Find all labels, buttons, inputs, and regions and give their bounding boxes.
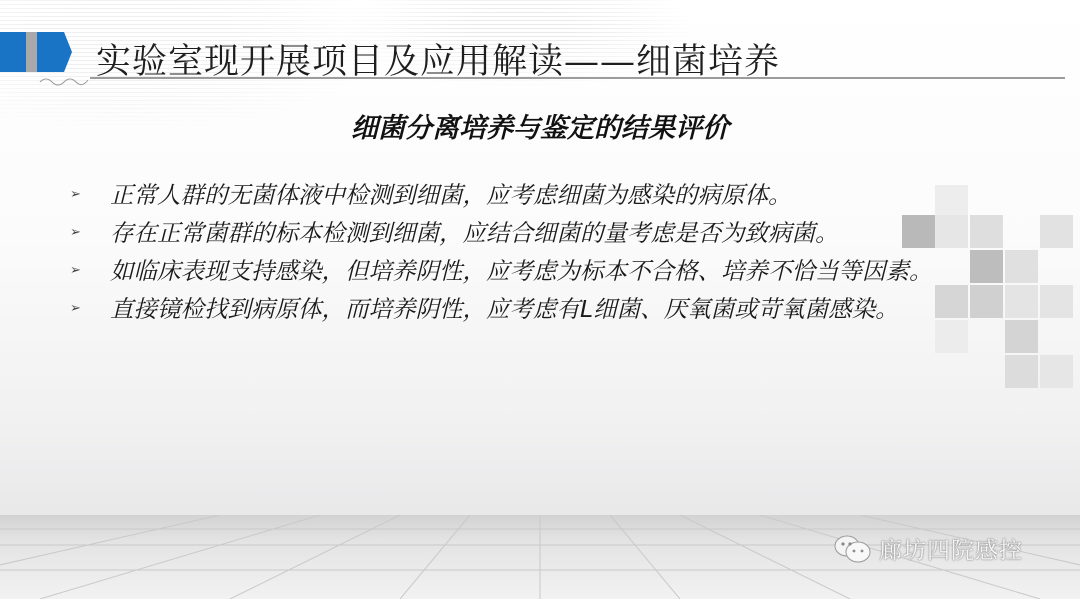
title-underline bbox=[90, 77, 1065, 79]
bullet-text: 如临床表现支持感染，但培养阴性，应考虑为标本不合格、培养不恰当等因素。 bbox=[110, 257, 933, 285]
decorative-squares bbox=[930, 185, 1080, 405]
accent-bar-blue-right bbox=[37, 32, 64, 72]
accent-bar-blue-left bbox=[0, 32, 26, 72]
bullet-text: 直接镜检找到病原体，而培养阴性，应考虑有L细菌、厌氧菌或苛氧菌感染。 bbox=[110, 295, 899, 323]
bullet-list: ➢ 正常人群的无菌体液中检测到细菌，应考虑细菌为感染的病原体。 ➢ 存在正常菌群… bbox=[70, 178, 950, 330]
arrow-bullet-icon: ➢ bbox=[70, 216, 81, 250]
arrow-bullet-icon: ➢ bbox=[70, 178, 81, 212]
bullet-text: 存在正常菌群的标本检测到细菌，应结合细菌的量考虑是否为致病菌。 bbox=[110, 219, 839, 247]
accent-bar-gray bbox=[26, 32, 37, 72]
accent-arrow-icon bbox=[64, 32, 72, 72]
arrow-bullet-icon: ➢ bbox=[70, 254, 81, 288]
watermark: 廊坊四院感控 bbox=[833, 532, 1023, 565]
arrow-bullet-icon: ➢ bbox=[70, 292, 81, 326]
bullet-item: ➢ 直接镜检找到病原体，而培养阴性，应考虑有L细菌、厌氧菌或苛氧菌感染。 bbox=[70, 292, 950, 326]
squiggle-decoration bbox=[38, 74, 98, 88]
bullet-item: ➢ 存在正常菌群的标本检测到细菌，应结合细菌的量考虑是否为致病菌。 bbox=[70, 216, 950, 250]
title-accent-block bbox=[0, 32, 72, 72]
bullet-text: 正常人群的无菌体液中检测到细菌，应考虑细菌为感染的病原体。 bbox=[110, 181, 792, 209]
bullet-item: ➢ 正常人群的无菌体液中检测到细菌，应考虑细菌为感染的病原体。 bbox=[70, 178, 950, 212]
watermark-text: 廊坊四院感控 bbox=[879, 532, 1023, 565]
bullet-item: ➢ 如临床表现支持感染，但培养阴性，应考虑为标本不合格、培养不恰当等因素。 bbox=[70, 254, 950, 288]
slide-subtitle: 细菌分离培养与鉴定的结果评价 bbox=[0, 106, 1080, 145]
wechat-icon bbox=[833, 534, 873, 564]
